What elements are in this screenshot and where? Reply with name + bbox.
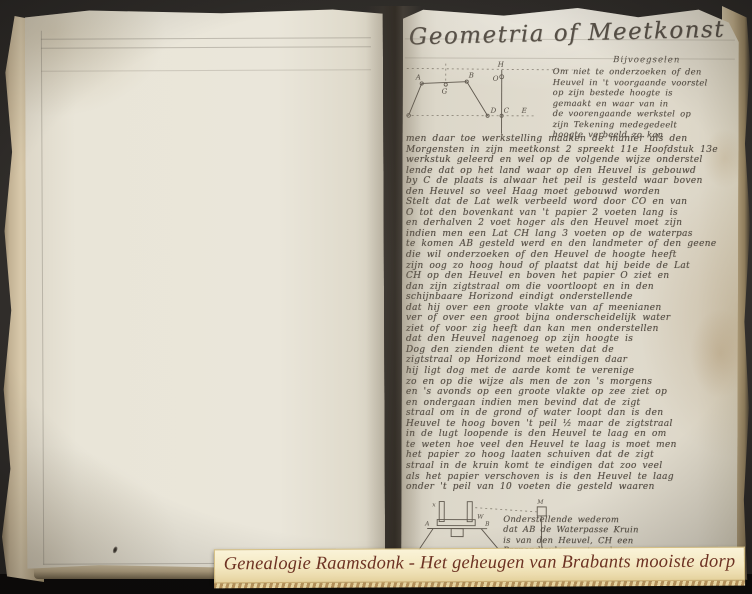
handwritten-line: Heuvel in 't voorgaande voorstel: [553, 76, 741, 87]
handwritten-line: Om niet te onderzoeken of den: [553, 66, 741, 77]
handwritten-line: straal in de kruin komt te eindigen dat …: [406, 461, 738, 472]
diagram-label-e: E: [521, 107, 527, 115]
handwritten-line: CH op den Heuvel en boven het papier O z…: [406, 271, 738, 282]
handwritten-line: en ondergaan indien men bevind dat de zi…: [406, 398, 738, 409]
handwritten-line: indien men een Lat CH lang 3 voeten op d…: [406, 229, 738, 240]
caption-bar: Genealogie Raamsdonk - Het geheugen van …: [214, 547, 745, 584]
margin-rule-top-3: [41, 69, 371, 71]
handwritten-line: Dog den zienden dient te weten dat de: [406, 345, 738, 356]
handwritten-line: schijnbaare Horizond eindigt onderstelle…: [406, 292, 738, 303]
handwritten-line: is van den Heuvel, CH een: [503, 534, 739, 545]
diagram-label-a2: A: [424, 520, 430, 527]
handwritten-line: en 's avonds op een groote vlakte op zee…: [406, 387, 738, 398]
handwritten-line: zijn oog zo hoog houd of plaatst dat hij…: [406, 261, 738, 272]
left-page: [25, 9, 385, 569]
handwritten-line: onder 't peil van 10 voeten die gesteld …: [406, 482, 738, 493]
handwritten-line: zo en op die wijze als men de zon 's mor…: [406, 377, 738, 388]
handwritten-line: dat AB de Waterpasse Kruin: [503, 524, 739, 535]
right-page: Geometria of Meetkonst A B G D: [401, 7, 739, 572]
handwritten-line: straal om in de grond of water loopt dan…: [406, 408, 738, 419]
handwritten-line: by C de plaats is alwaar het peil is ges…: [406, 176, 738, 187]
diagram-label-x: x: [432, 502, 436, 509]
aside-lines: Om niet te onderzoeken of denHeuvel in '…: [553, 66, 741, 140]
handwritten-line: in de lugt loopende is den Heuvel te laa…: [406, 429, 738, 440]
handwritten-line: gemaakt en waar van in: [553, 98, 741, 109]
margin-rule-top-1: [41, 37, 371, 39]
diagram-label-b: B: [468, 72, 474, 80]
handwritten-line: den Heuvel so veel Haag moet gebouwd wor…: [406, 187, 738, 198]
handwritten-line: als het papier verschoven is is den Heuv…: [406, 472, 738, 483]
diagram-label-c: C: [504, 107, 510, 115]
aside-heading: Bijvoegselen: [553, 55, 741, 67]
diagram-label-d: D: [490, 107, 497, 115]
diagram-label-o: O: [493, 75, 499, 83]
page-title: Geometria of Meetkonst: [409, 18, 690, 51]
handwritten-line: zijn Tekening medegedeelt: [553, 119, 741, 130]
caption-text: Genealogie Raamsdonk - Het geheugen van …: [215, 549, 744, 579]
handwritten-line: ver of over een groot bijna onderscheide…: [406, 313, 738, 324]
handwritten-line: men daar toe werkstelling maaken de mani…: [406, 134, 738, 145]
handwritten-line: ziet of voor zig heeft dan kan men onder…: [406, 324, 738, 335]
handwriting-block: men daar toe werkstelling maaken de mani…: [406, 134, 738, 493]
handwritten-line: lende dat op het land waar op den Heuvel…: [406, 166, 738, 177]
handwritten-line: werkstuk geleerd en wel op de volgende w…: [406, 155, 738, 166]
diagram-label-h: H: [497, 61, 505, 69]
handwritten-line: O tot den bovenkant van 't papier 2 voet…: [406, 208, 738, 219]
handwritten-line: die wil onderzoeken of den Heuvel de hoo…: [406, 250, 738, 261]
handwritten-line: Morgensten in zijn meetkonst 2 spreekt 1…: [406, 145, 738, 156]
handwritten-line: te komen AB gesteld werd en den landmete…: [406, 239, 738, 250]
ink-blot: [112, 546, 118, 554]
handwritten-line: de voorengaande werkstel op: [553, 108, 741, 119]
manuscript-photo: Geometria of Meetkonst A B G D: [0, 0, 752, 594]
handwritten-line: te weten hoe veel den Heuvel te laag is …: [406, 440, 738, 451]
handwritten-line: dat den Heuvel nagenoeg op zijn hoogte i…: [406, 334, 738, 345]
aside-paragraph: Bijvoegselen Om niet te onderzoeken of d…: [553, 55, 741, 140]
diagram-label-a: A: [415, 73, 421, 81]
diagram-label-g: G: [442, 88, 448, 96]
margin-rule-vertical: [41, 31, 44, 565]
handwritten-line: hij ligt dog met de aarde komt te vereni…: [406, 366, 738, 377]
handwritten-line: zigtstraal op Horizond moet eindigen daa…: [406, 355, 738, 366]
handwritten-line: het papier zo hoog laaten schuiven dat d…: [406, 450, 738, 461]
handwritten-line: en derhalven 2 voet hoger als den Heuvel…: [406, 218, 738, 229]
handwritten-line: Heuvel te hoog boven 't peil ½ maar de z…: [406, 419, 738, 430]
diagram-label-w: W: [477, 514, 484, 521]
diagram-label-b2: B: [484, 521, 490, 528]
diagram-label-m: M: [536, 499, 544, 506]
margin-rule-top-2: [41, 46, 371, 48]
handwritten-line: Stelt dat de Lat welk verbeeld word door…: [406, 197, 738, 208]
handwritten-line: dan zijn zigtstraal om die voortloopt en…: [406, 282, 738, 293]
handwritten-line: op zijn bestede hoogte is: [553, 87, 741, 98]
handwritten-line: dat hij over een groote vlakte van af me…: [406, 303, 738, 314]
